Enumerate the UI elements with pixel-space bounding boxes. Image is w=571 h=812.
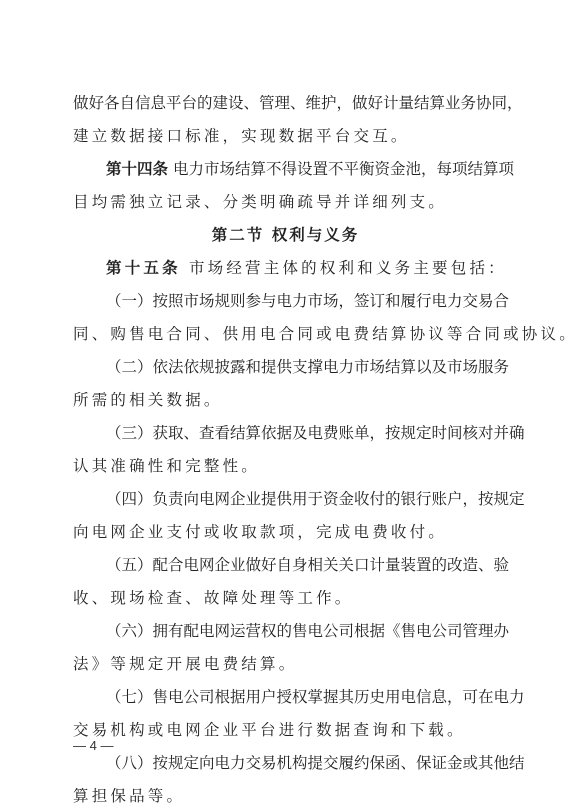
item-4-line-2: 向电网企业支付或收取款项，完成电费收付。 [73,522,501,542]
item-3-line-2: 认其准确性和完整性。 [73,456,501,476]
article-15-text: 市场经营主体的权利和义务主要包括： [189,259,507,277]
item-1-line-2: 同、购售电合同、供用电合同或电费结算协议等合同或协议。 [73,324,501,344]
item-6-line-1: （六）拥有配电网运营权的售电公司根据《售电公司管理办 [106,621,501,641]
paragraph-line: 做好各自信息平台的建设、管理、维护，做好计量结算业务协同， [73,93,501,113]
article-14-label: 第十四条 [106,159,168,178]
item-8-line-1: （八）按规定向电力交易机构提交履约保函、保证金或其他结 [106,753,501,773]
page-number: — 4 — [73,738,113,753]
item-7-line-1: （七）售电公司根据用户授权掌握其历史用电信息，可在电力 [106,687,501,707]
article-15-line: 第十五条 市场经营主体的权利和义务主要包括： [106,258,501,278]
paragraph-line: 建立数据接口标准，实现数据平台交互。 [73,126,501,146]
item-1-line-1: （一）按照市场规则参与电力市场，签订和履行电力交易合 [106,291,501,311]
item-6-line-2: 法》等规定开展电费结算。 [73,654,501,674]
item-2-line-2: 所需的相关数据。 [73,390,501,410]
article-14-line-1: 第十四条 电力市场结算不得设置不平衡资金池，每项结算项 [106,159,501,179]
item-5-line-2: 收、现场检查、故障处理等工作。 [73,588,501,608]
item-3-line-1: （三）获取、查看结算依据及电费账单，按规定时间核对并确 [106,423,501,443]
item-7-line-2: 交易机构或电网企业平台进行数据查询和下载。 [73,720,501,740]
item-8-line-2: 算担保品等。 [73,786,501,806]
article-15-label: 第十五条 [106,258,181,277]
item-4-line-1: （四）负责向电网企业提供用于资金收付的银行账户，按规定 [106,489,501,509]
article-14-text: 电力市场结算不得设置不平衡资金池，每项结算项 [173,160,514,178]
section-heading: 第二节 权利与义务 [0,225,571,245]
item-2-line-1: （二）依法依规披露和提供支撑电力市场结算以及市场服务 [106,357,501,377]
item-5-line-1: （五）配合电网企业做好自身相关关口计量装置的改造、验 [106,555,501,575]
article-14-line-2: 目均需独立记录、分类明确疏导并详细列支。 [73,192,501,212]
document-page: 做好各自信息平台的建设、管理、维护，做好计量结算业务协同， 建立数据接口标准，实… [0,0,571,812]
